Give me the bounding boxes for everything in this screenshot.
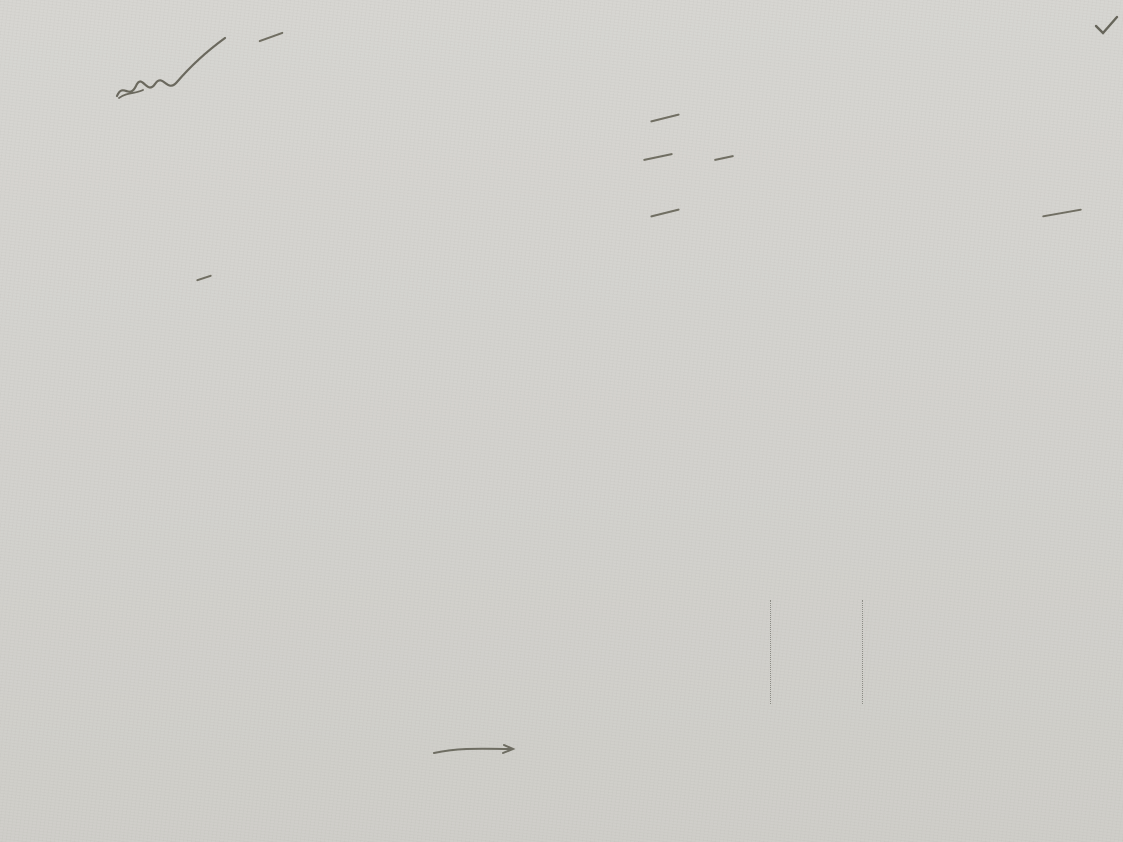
pencil-check-icon bbox=[650, 113, 680, 122]
pencil-check-icon bbox=[1093, 14, 1119, 36]
final-payment-worksheet bbox=[0, 0, 1123, 842]
pencil-check-icon bbox=[196, 275, 212, 282]
pencil-check-icon bbox=[650, 208, 680, 217]
paper-texture bbox=[0, 0, 1123, 842]
grid-line bbox=[770, 600, 771, 704]
pencil-check-icon bbox=[643, 153, 673, 161]
grid-line bbox=[862, 600, 863, 704]
pencil-check-icon bbox=[258, 32, 283, 43]
handwritten-scribble bbox=[105, 32, 240, 112]
pencil-arrow-icon bbox=[432, 742, 520, 758]
pencil-check-icon bbox=[714, 155, 734, 161]
pencil-check-icon bbox=[1042, 209, 1082, 218]
